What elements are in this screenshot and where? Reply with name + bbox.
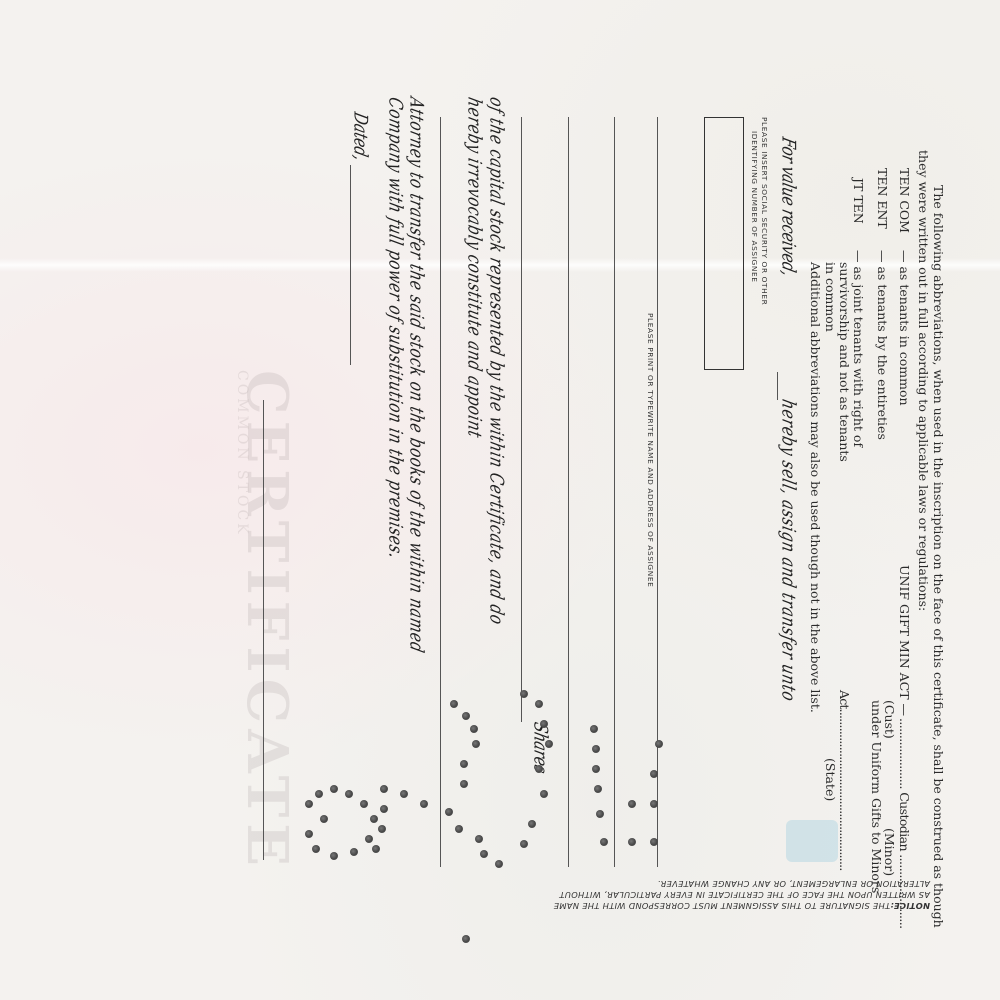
notice-line3: ALTERATION OR ENLARGEMENT, OR ANY CHANGE…: [320, 878, 930, 889]
date-line[interactable]: [350, 165, 351, 365]
perforation-hole: [540, 720, 548, 728]
dated-label: Dated,: [350, 110, 373, 163]
perforation-hole: [650, 838, 658, 846]
abbrev-jt-ten-label: JT TEN: [851, 178, 866, 224]
abbrev-unif-under: under Uniform Gifts to Minors: [869, 700, 884, 893]
perforation-hole: [535, 765, 543, 773]
abbrev-jt-ten-desc1: — as joint tenants with right of: [851, 250, 866, 447]
abbrev-ten-com-desc: — as tenants in common: [897, 250, 912, 406]
assignee-address-line-2[interactable]: [614, 117, 615, 867]
perforation-hole: [380, 785, 388, 793]
assignee-name-line-1[interactable]: [657, 117, 658, 867]
perforation-hole: [628, 800, 636, 808]
capital-stock-text: of the capital stock represented by the …: [486, 95, 509, 627]
for-value-received: For value received,: [778, 135, 801, 278]
perforation-hole: [450, 700, 458, 708]
perforation-hole: [305, 800, 313, 808]
notice-line1: THE SIGNATURE TO THIS ASSIGNMENT MUST CO…: [553, 901, 890, 911]
perforation-hole: [528, 820, 536, 828]
perforation-hole: [596, 810, 604, 818]
perforation-hole: [462, 712, 470, 720]
ssn-caption-line2: IDENTIFYING NUMBER OF ASSIGNEE: [750, 131, 759, 282]
signature-notice: NOTICE:THE SIGNATURE TO THIS ASSIGNMENT …: [320, 878, 930, 911]
perforation-hole: [380, 805, 388, 813]
abbrev-jt-ten-desc2: survivorship and not as tenants: [837, 262, 852, 462]
perforation-hole: [535, 700, 543, 708]
perforation-hole: [592, 765, 600, 773]
abbrev-intro-line1: The following abbreviations, when used i…: [931, 185, 946, 928]
abbrev-intro-line2: they were written out in full according …: [916, 150, 931, 611]
perforation-hole: [600, 838, 608, 846]
perforation-hole: [594, 785, 602, 793]
abbrev-ten-ent-label: TEN ENT: [875, 168, 890, 229]
perforation-hole: [370, 815, 378, 823]
perforation-hole: [378, 825, 386, 833]
perforation-hole: [520, 690, 528, 698]
signature-line[interactable]: [263, 400, 264, 860]
perforation-hole: [330, 852, 338, 860]
perforation-hole: [455, 825, 463, 833]
perforation-hole: [475, 835, 483, 843]
perforation-hole: [420, 800, 428, 808]
ssn-caption-line1: PLEASE INSERT SOCIAL SECURITY OR OTHER: [760, 117, 769, 305]
bleed-through-subtitle: COMMON STOCK: [234, 370, 250, 537]
for-value-blank-line: [777, 372, 778, 400]
perforation-hole: [655, 740, 663, 748]
perforation-hole: [360, 800, 368, 808]
perforation-hole: [372, 845, 380, 853]
perforation-hole: [480, 850, 488, 858]
perforation-hole: [305, 830, 313, 838]
abbrev-unif-label: UNIF GIFT MIN ACT —: [897, 565, 912, 716]
perforation-hole: [495, 860, 503, 868]
abbrev-ten-com-label: TEN COM: [897, 168, 912, 233]
perforation-hole: [472, 740, 480, 748]
print-name-caption: PLEASE PRINT OR TYPEWRITE NAME AND ADDRE…: [646, 313, 655, 587]
bleed-through-number-stamp: [786, 820, 838, 862]
perforation-hole: [592, 745, 600, 753]
abbrev-additional: Additional abbreviations may also be use…: [808, 262, 823, 713]
perforation-hole: [460, 780, 468, 788]
company-substitution-text: Company with full power of substitution …: [385, 95, 408, 561]
abbrev-unif-minor: (Minor): [882, 828, 897, 876]
abbrev-ten-ent-desc: — as tenants by the entireties: [875, 250, 890, 440]
sell-assign-transfer: hereby sell, assign and transfer unto: [778, 397, 801, 704]
perforation-hole: [345, 790, 353, 798]
shares-quantity-line[interactable]: [521, 117, 522, 722]
perforation-hole: [315, 790, 323, 798]
perforation-hole: [312, 845, 320, 853]
perforation-hole: [462, 935, 470, 943]
abbrev-unif-state: (State): [823, 758, 838, 801]
perforation-hole: [365, 835, 373, 843]
attorney-name-line[interactable]: [440, 117, 441, 867]
perforation-hole: [540, 790, 548, 798]
attorney-transfer-text: Attorney to transfer the said stock on t…: [406, 95, 429, 655]
perforation-hole: [650, 800, 658, 808]
perforation-hole: [590, 725, 598, 733]
perforation-hole: [400, 790, 408, 798]
perforation-hole: [460, 760, 468, 768]
perforation-hole: [628, 838, 636, 846]
abbrev-jt-ten-desc3: in common: [823, 262, 838, 332]
perforation-hole: [445, 808, 453, 816]
perforation-hole: [545, 740, 553, 748]
notice-label: NOTICE:: [890, 901, 930, 911]
perforation-hole: [320, 815, 328, 823]
abbrev-unif-act: Act.....................................…: [837, 690, 852, 871]
abbrev-unif-cust: (Cust): [882, 700, 897, 739]
perforation-hole: [350, 848, 358, 856]
perforation-hole: [330, 785, 338, 793]
ssn-input-box[interactable]: [704, 117, 744, 370]
perforation-hole: [520, 840, 528, 848]
perforation-hole: [470, 725, 478, 733]
perforation-hole: [650, 770, 658, 778]
hereby-appoint-text: hereby irrevocably constitute and appoin…: [464, 95, 487, 440]
notice-line2: AS WRITTEN UPON THE FACE OF THE CERTIFIC…: [320, 889, 930, 900]
assignee-address-line-3[interactable]: [568, 117, 569, 867]
